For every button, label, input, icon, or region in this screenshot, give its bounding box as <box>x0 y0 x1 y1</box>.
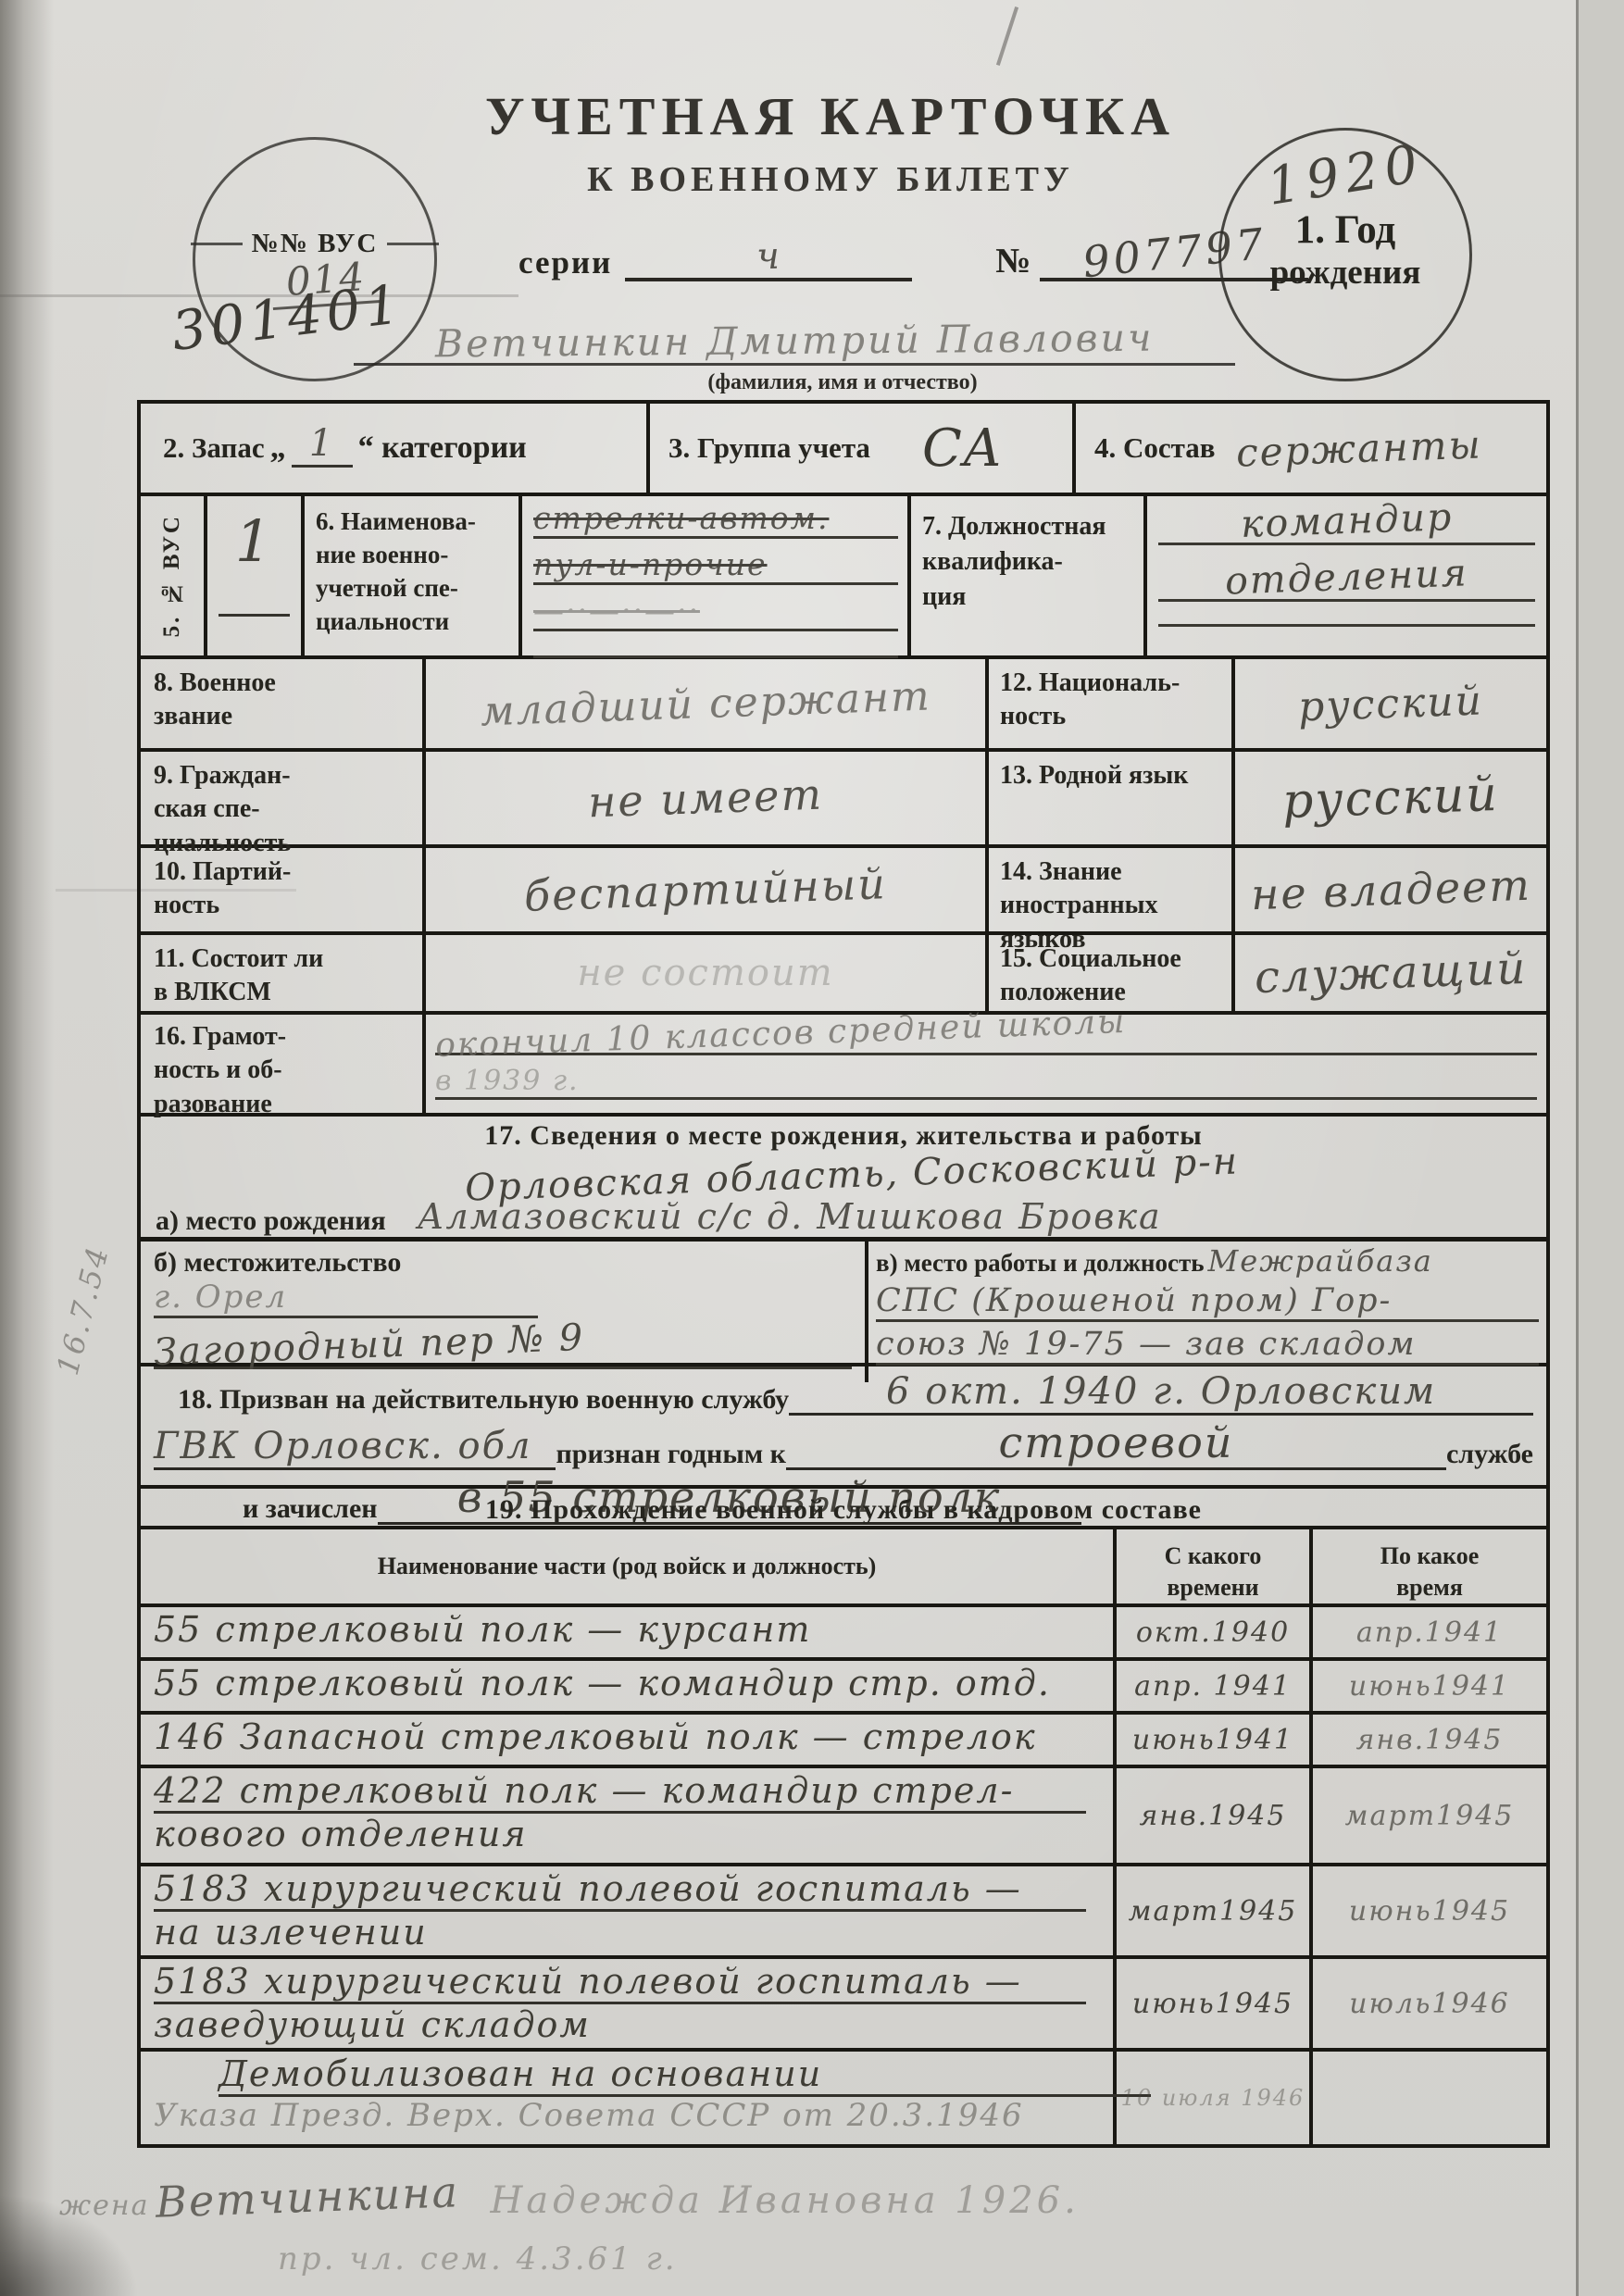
residence-cell: б) местожительство г. Орел Загородный пе… <box>141 1242 868 1382</box>
to-cell: июнь1941 <box>1313 1661 1546 1711</box>
field-3-value: СА <box>922 418 1003 479</box>
label-line: учетной спе- <box>316 572 513 605</box>
service-row: 5183 хирургический полевой госпиталь — н… <box>141 1866 1546 1959</box>
residence-label: б) местожительство <box>154 1247 852 1279</box>
full-name-value: Ветчинкин Дмитрий Павлович <box>435 316 1155 367</box>
service-table-header: Наименование части (род войск и должност… <box>141 1529 1546 1607</box>
label-line: ность <box>1000 700 1228 733</box>
from-date: март1945 <box>1129 1895 1298 1928</box>
from-date: янв.1945 <box>1140 1800 1287 1832</box>
spouse-surname: Ветчинкина <box>155 2166 460 2227</box>
column-from: С какого времени <box>1117 1529 1313 1603</box>
label-line: 13. Родной язык <box>1000 759 1228 792</box>
from-cell: окт.1940 <box>1117 1607 1313 1657</box>
registration-form: 2. Запас „ 1 “ категории 3. Группа учета… <box>137 400 1550 2148</box>
series-value: ч <box>756 235 781 279</box>
to-cell: июль1946 <box>1313 1959 1546 2048</box>
label-line: 11. Состоит ли <box>154 942 418 976</box>
field-15-label: 15. Социальное положение <box>989 935 1235 1011</box>
to-date: март1945 <box>1345 1800 1515 1832</box>
demob-line-2-wrap: Указа Презд. Верх. Совета СССР от 20.3.1… <box>154 2097 1106 2134</box>
field-7-qualification-value: командир отделения <box>1147 496 1546 655</box>
field-13-value: русский <box>1281 767 1500 830</box>
rows-8-15: 8. Военное звание младший сержант 9. Гра… <box>141 659 1546 1015</box>
field-9-civil-specialty: 9. Граждан- ская спе- циальность не имее… <box>141 752 985 848</box>
birth-year-value: 1920 <box>1263 133 1429 218</box>
from-date: 10 июля 1946 <box>1121 2085 1305 2111</box>
residence-city: г. Орел <box>154 1279 287 1316</box>
section-17-birth-residence-work: 17. Сведения о месте рождения, жительств… <box>141 1117 1546 1366</box>
label-line: ние военно- <box>316 539 513 572</box>
field-15-value-cell: служащий <box>1235 935 1546 1011</box>
service-row: 55 стрелковый полк — курсант окт.1940 ап… <box>141 1607 1546 1661</box>
field-11-label: 11. Состоит ли в ВЛКСМ <box>141 935 426 1011</box>
field-12-nationality: 12. Националь- ность русский <box>989 659 1546 752</box>
field-3-label: 3. Группа учета <box>668 431 870 465</box>
field-9-value: не имеет <box>587 769 824 828</box>
from-cell: янв.1945 <box>1117 1768 1313 1863</box>
label-line: 10. Партий- <box>154 855 418 889</box>
column-unit-name: Наименование части (род войск и должност… <box>141 1529 1117 1603</box>
enrolled-label: и зачислен <box>243 1493 378 1525</box>
label-line: циальности <box>316 605 513 639</box>
left-column: 8. Военное звание младший сержант 9. Гра… <box>141 659 989 1011</box>
service-row-demobilization: Демобилизован на основании Указа Презд. … <box>141 2052 1546 2144</box>
unit-name-line-2: на излечении <box>154 1912 428 1953</box>
ruled-line <box>219 614 290 617</box>
field-8-label: 8. Военное звание <box>141 659 426 748</box>
field-16-value-cell: окончил 10 классов средней школы в 1939 … <box>426 1015 1546 1113</box>
unit-name-line-1: 5183 хирургический полевой госпиталь — <box>154 1868 1022 1909</box>
field-5-vus-number: 5. № ВУС <box>141 496 207 655</box>
series-label: серии <box>518 244 612 281</box>
residence-street: Загородный пер № 9 <box>153 1316 585 1374</box>
ruled-line: союз № 19-75 — зав складом <box>876 1326 1539 1366</box>
field-10-value-cell: беспартийный <box>426 848 985 931</box>
field-4-label: 4. Состав <box>1094 431 1216 465</box>
workplace-value-2: СПС (Крошеной пром) Гор- <box>876 1282 1392 1319</box>
workplace-value-3: союз № 19-75 — зав складом <box>876 1326 1416 1363</box>
field-6-specialty-label: 6. Наименова- ние военно- учетной спе- ц… <box>305 496 522 655</box>
ruled-line: г. Орел <box>154 1279 538 1318</box>
label-line: квалифика- <box>922 544 1138 580</box>
label-line: По какое <box>1313 1541 1546 1572</box>
label-line: 7. Должностная <box>922 509 1138 544</box>
fit-for-label: признан годным к <box>556 1439 786 1470</box>
label-line: в ВЛКСМ <box>154 976 418 1009</box>
ruled-line <box>1158 624 1535 627</box>
to-cell <box>1313 2052 1546 2144</box>
ruled-line: —··—··—·· <box>533 593 898 631</box>
to-date: янв.1945 <box>1356 1724 1504 1756</box>
label-line: 14. Знание <box>1000 855 1228 889</box>
ruled-line: Демобилизован на основании <box>219 2053 1151 2097</box>
field-15-value: служащий <box>1254 942 1528 1004</box>
residence-work-row: б) местожительство г. Орел Загородный пе… <box>141 1242 1546 1382</box>
unit-name-line-2-wrap: заведующий складом <box>154 2004 1106 2045</box>
field-9-label: 9. Граждан- ская спе- циальность <box>141 752 426 844</box>
label-line: 6. Наименова- <box>316 505 513 539</box>
field-11-value-cell: не состоит <box>426 935 985 1011</box>
ruled-line: пул-и-прочие <box>533 546 898 585</box>
unit-name-cell: 55 стрелковый полк — курсант <box>141 1607 1117 1657</box>
field-2-reserve-category: 2. Запас „ 1 “ категории <box>141 404 650 493</box>
series-underline: ч <box>625 235 912 281</box>
unit-name-line-2: кового отделения <box>154 1814 528 1854</box>
birth-year-circle: 1920 1. Год рождения <box>1218 128 1472 381</box>
pen-mark <box>996 6 1018 66</box>
field-14-foreign-languages: 14. Знание иностранных языков не владеет <box>989 848 1546 935</box>
field-11-vlksm: 11. Состоит ли в ВЛКСМ не состоит <box>141 935 985 1011</box>
service-type-underline: строевой <box>786 1417 1446 1470</box>
ruled-line: 5183 хирургический полевой госпиталь — <box>154 1868 1086 1912</box>
label-line: разование <box>154 1088 418 1121</box>
to-date: июнь1941 <box>1349 1670 1510 1703</box>
field-2-value: 1 <box>292 422 353 468</box>
unit-name-cell: 5183 хирургический полевой госпиталь — з… <box>141 1959 1117 2048</box>
to-cell: март1945 <box>1313 1768 1546 1863</box>
unit-name-cell: 422 стрелковый полк — командир стрел- ко… <box>141 1768 1117 1863</box>
from-cell: июнь1941 <box>1117 1715 1313 1765</box>
field-13-value-cell: русский <box>1235 752 1546 844</box>
field-5-value-cell: 1 <box>207 496 305 655</box>
service-row: 422 стрелковый полк — командир стрел- ко… <box>141 1768 1546 1866</box>
field-6-value-line: пул-и-прочие <box>533 546 768 582</box>
section-18-conscription: 18. Призван на действительную военную сл… <box>141 1366 1546 1489</box>
field-8-value: младший сержант <box>480 672 931 735</box>
field-13-native-language: 13. Родной язык русский <box>989 752 1546 848</box>
label-line: время <box>1313 1572 1546 1603</box>
from-date: июнь1945 <box>1132 1988 1293 2020</box>
right-column: 12. Националь- ность русский 13. Родной … <box>989 659 1546 1011</box>
unit-name-cell: 55 стрелковый полк — командир стр. отд. <box>141 1661 1117 1711</box>
from-date: окт.1940 <box>1136 1616 1290 1649</box>
field-5-value: 1 <box>235 507 273 575</box>
label-line: звание <box>154 700 418 733</box>
field-6-specialty-value: стрелки-автом. пул-и-прочие —··—··—·· <box>522 496 911 655</box>
field-7-value-line: командир <box>1240 494 1454 546</box>
label-line: иностранных <box>1000 889 1228 922</box>
from-date: апр. 1941 <box>1134 1670 1292 1703</box>
field-12-label: 12. Националь- ность <box>989 659 1235 748</box>
demob-line-2: Указа Презд. Верх. Совета СССР от 20.3.1… <box>154 2097 1024 2134</box>
ruled-line: отделения <box>1158 555 1535 602</box>
birth-year-label-2: рождения <box>1221 253 1469 293</box>
stamp-label: №№ ВУС <box>158 229 471 259</box>
field-16-education: 16. Грамот- ность и об- разование окончи… <box>141 1015 1546 1117</box>
label-line: 9. Граждан- <box>154 759 418 792</box>
service-label: службе <box>1446 1439 1533 1470</box>
bottom-date-note: пр. чл. сем. 4.3.61 г. <box>278 2240 678 2277</box>
conscription-date-value: 6 окт. 1940 г. Орловским <box>886 1370 1436 1413</box>
from-cell: 10 июля 1946 <box>1117 2052 1313 2144</box>
label-line: 15. Социальное <box>1000 942 1228 976</box>
label-line: ность и об- <box>154 1054 418 1087</box>
label-line: 12. Националь- <box>1000 667 1228 700</box>
margin-date-note: 16.7.54 <box>50 1242 117 1379</box>
from-cell: март1945 <box>1117 1866 1313 1955</box>
spouse-name-year: Надежда Ивановна 1926. <box>491 2179 1080 2222</box>
unit-name-cell: Демобилизован на основании Указа Презд. … <box>141 2052 1117 2144</box>
label-line: С какого <box>1117 1541 1309 1572</box>
ruled-line: 422 стрелковый полк — командир стрел- <box>154 1770 1086 1814</box>
scanned-military-registration-card: №№ ВУС 014 301401 УЧЕТНАЯ КАРТОЧКА К ВОЕ… <box>0 0 1624 2296</box>
field-14-value-cell: не владеет <box>1235 848 1546 931</box>
field-14-label: 14. Знание иностранных языков <box>989 848 1235 931</box>
ruled-line: СПС (Крошеной пром) Гор- <box>876 1282 1539 1322</box>
paper-edge-right <box>1576 0 1624 2296</box>
conscription-label: 18. Призван на действительную военную сл… <box>178 1384 789 1416</box>
label-line: ция <box>922 580 1138 615</box>
conscription-date-underline: 6 окт. 1940 г. Орловским <box>789 1370 1533 1416</box>
field-10-value: беспартийный <box>523 858 887 921</box>
service-row: 146 Запасной стрелковый полк — стрелок и… <box>141 1715 1546 1768</box>
ruled-line: командир <box>1158 498 1535 545</box>
field-12-value-cell: русский <box>1235 659 1546 748</box>
birth-year-label-1: 1. Год <box>1221 207 1469 253</box>
workplace-label: в) место работы и должность <box>876 1249 1204 1277</box>
label-line: ская спе- <box>154 792 418 826</box>
field-7-qualification-label: 7. Должностная квалифика- ция <box>911 496 1147 655</box>
to-cell: июнь1945 <box>1313 1866 1546 1955</box>
quote-open: „ <box>270 430 286 466</box>
full-name-caption: (фамилия, имя и отчество) <box>556 370 1130 395</box>
label-line: ность <box>154 889 418 922</box>
to-date: апр.1941 <box>1356 1616 1503 1649</box>
to-date: июль1946 <box>1349 1988 1510 2020</box>
ruled-line: стрелки-автом. <box>533 500 898 539</box>
full-name-line: Ветчинкин Дмитрий Павлович <box>354 318 1235 366</box>
service-type-value: строевой <box>999 1417 1234 1467</box>
field-16-value-line-2: в 1939 г. <box>435 1065 580 1097</box>
unit-name-line-1: 5183 хирургический полевой госпиталь — <box>154 1961 1022 2002</box>
workplace-cell: в) место работы и должность Межрайбаза С… <box>868 1242 1546 1382</box>
ruled-line: окончил 10 классов средней школы <box>435 1015 1537 1055</box>
field-16-label: 16. Грамот- ность и об- разование <box>141 1015 426 1113</box>
field-8-value-cell: младший сержант <box>426 659 985 748</box>
number-label: № <box>995 241 1031 281</box>
spouse-note: жена Ветчинкина Надежда Ивановна 1926. <box>59 2172 1080 2222</box>
ruled-line: Загородный пер № 9 <box>154 1324 852 1369</box>
row-2-3-4: 2. Запас „ 1 “ категории 3. Группа учета… <box>141 404 1546 496</box>
field-10-party-membership: 10. Партий- ность беспартийный <box>141 848 985 935</box>
unit-name-line-2: заведующий складом <box>154 2004 591 2045</box>
field-14-value: не владеет <box>1250 860 1532 920</box>
from-cell: апр. 1941 <box>1117 1661 1313 1711</box>
workplace-value-1: Межрайбаза <box>1207 1243 1432 1279</box>
birthplace-row: а) место рождения Алмазовский с/с д. Миш… <box>141 1196 1546 1242</box>
field-4-composition: 4. Состав сержанты <box>1076 404 1546 493</box>
from-date: июнь1941 <box>1132 1724 1293 1756</box>
paper-edge-left <box>0 0 54 2296</box>
workplace-label-row: в) место работы и должность Межрайбаза <box>876 1243 1539 1279</box>
unit-name-line-1: 422 стрелковый полк — командир стрел- <box>154 1770 1014 1811</box>
conscription-office-value: ГВК Орловск. обл <box>154 1425 556 1470</box>
unit-name-line-2-wrap: на излечении <box>154 1912 1106 1953</box>
field-9-value-cell: не имеет <box>426 752 985 844</box>
from-cell: июнь1945 <box>1117 1959 1313 2048</box>
conscription-line-2: ГВК Орловск. обл признан годным к строев… <box>154 1417 1533 1470</box>
to-cell: апр.1941 <box>1313 1607 1546 1657</box>
label-line: 16. Грамот- <box>154 1020 418 1054</box>
field-7-value-line: отделения <box>1224 550 1468 603</box>
ruled-line <box>533 655 898 658</box>
field-5-label: 5. № ВУС <box>159 514 185 637</box>
unit-name-cell: 146 Запасной стрелковый полк — стрелок <box>141 1715 1117 1765</box>
unit-name-line-2-wrap: кового отделения <box>154 1814 1106 1854</box>
unit-name: 55 стрелковый полк — курсант <box>154 1609 811 1650</box>
field-3-record-group: 3. Группа учета СА <box>650 404 1076 493</box>
field-2-label-post: “ категории <box>358 430 527 466</box>
field-13-label: 13. Родной язык <box>989 752 1235 844</box>
field-4-value: сержанты <box>1235 421 1482 475</box>
field-10-label: 10. Партий- ность <box>141 848 426 931</box>
row-5-6-7: 5. № ВУС 1 6. Наименова- ние военно- уче… <box>141 496 1546 659</box>
birthplace-label: а) место рождения <box>156 1205 386 1237</box>
field-6-value-line: стрелки-автом. <box>533 500 829 536</box>
field-12-value: русский <box>1297 677 1484 730</box>
service-row: 55 стрелковый полк — командир стр. отд. … <box>141 1661 1546 1715</box>
field-6-value-line: —··—··—·· <box>533 593 700 629</box>
field-15-social-status: 15. Социальное положение служащий <box>989 935 1546 1011</box>
section-17-heading: 17. Сведения о месте рождения, жительств… <box>141 1120 1546 1152</box>
birthplace-value-line-1: Орловская область, Сосковский р-н <box>465 1154 1546 1196</box>
to-cell: янв.1945 <box>1313 1715 1546 1765</box>
demob-line-1: Демобилизован на основании <box>219 2053 822 2094</box>
column-to: По какое время <box>1313 1529 1546 1603</box>
ruled-line: в 1939 г. <box>435 1065 1537 1100</box>
unit-name: 55 стрелковый полк — командир стр. отд. <box>154 1663 1051 1703</box>
ruled-line: 5183 хирургический полевой госпиталь — <box>154 1961 1086 2004</box>
field-11-value: не состоит <box>577 952 833 994</box>
label-line: 8. Военное <box>154 667 418 700</box>
spouse-label: жена <box>59 2190 150 2222</box>
to-date: июнь1945 <box>1349 1895 1510 1928</box>
service-row: 5183 хирургический полевой госпиталь — з… <box>141 1959 1546 2052</box>
series-number-row: серии ч № 907797 <box>518 228 1308 281</box>
field-8-military-rank: 8. Военное звание младший сержант <box>141 659 985 752</box>
field-2-label: 2. Запас <box>163 431 265 465</box>
unit-name: 146 Запасной стрелковый полк — стрелок <box>154 1716 1037 1757</box>
label-line: времени <box>1117 1572 1309 1603</box>
unit-name-cell: 5183 хирургический полевой госпиталь — н… <box>141 1866 1117 1955</box>
